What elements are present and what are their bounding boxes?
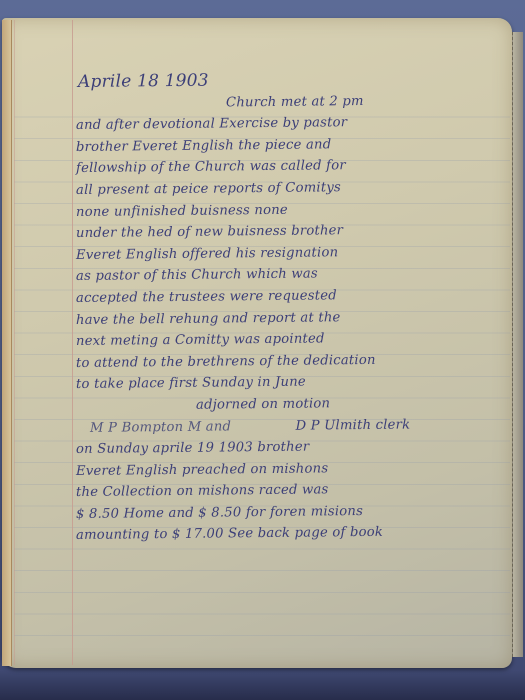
book-binding [512,32,523,657]
handwritten-minutes: Aprile 18 1903 Church met at 2 pm and af… [76,72,506,547]
margin-rule-left [14,20,15,665]
text-line: amounting to $ 17.00 See back page of bo… [76,521,506,547]
page-edge [2,20,12,666]
table-surface [0,670,525,700]
clerk-signature: D P Ulmith clerk [235,417,410,434]
margin-rule [72,20,73,665]
moderator-signature: M P Bompton M and [76,419,231,436]
